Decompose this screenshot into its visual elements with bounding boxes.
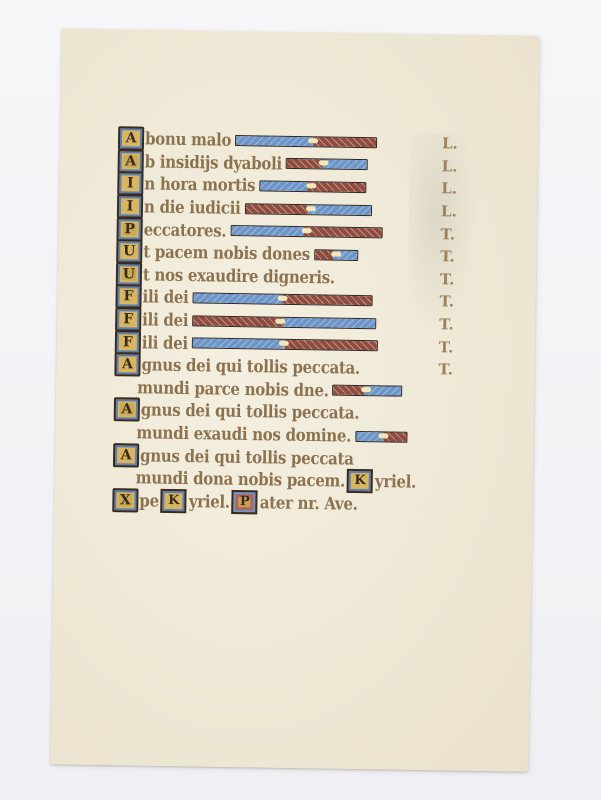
illuminated-initial: X	[112, 488, 138, 512]
illuminated-initial: I	[117, 194, 143, 218]
illuminated-initial: I	[117, 172, 143, 196]
illuminated-initial: U	[116, 239, 142, 263]
response-mark: L.	[441, 180, 457, 198]
illuminated-initial: K	[347, 469, 373, 493]
illuminated-initial: A	[113, 443, 139, 467]
illuminated-initial: P	[232, 490, 258, 514]
line-filler	[192, 315, 376, 329]
line-text: mundi dona nobis pacem.	[136, 467, 346, 491]
line-text: mundi parce nobis dne.	[137, 377, 329, 401]
line-text: t nos exaudire digneris.	[143, 264, 335, 288]
illuminated-initial: A	[114, 352, 140, 376]
line-text: n hora mortis	[144, 174, 255, 196]
response-mark: T.	[439, 315, 454, 333]
illuminated-initial: P	[116, 217, 142, 241]
line-text: yriel.	[189, 491, 230, 512]
line-text: eccatores.	[144, 219, 227, 241]
response-mark: L.	[441, 202, 457, 220]
response-mark: L.	[442, 135, 458, 153]
line-filler	[259, 180, 366, 193]
line-text: ili dei	[142, 309, 188, 330]
illuminated-initial: A	[118, 126, 144, 150]
line-filler	[355, 430, 407, 442]
response-mark: T.	[440, 248, 455, 266]
line-text: pe	[139, 490, 159, 511]
line-filler	[314, 249, 358, 261]
response-mark: T.	[439, 293, 454, 311]
line-text: bonu malo	[145, 129, 231, 151]
illuminated-initial: F	[115, 307, 141, 331]
line-filler	[230, 225, 382, 238]
line-filler	[192, 292, 372, 306]
response-mark: T.	[438, 360, 453, 378]
line-text: ili dei	[142, 287, 188, 308]
line-text: gnus dei qui tollis peccata	[140, 445, 354, 469]
illuminated-initial: A	[114, 398, 140, 422]
response-mark: T.	[439, 338, 454, 356]
illuminated-initial: F	[115, 285, 141, 309]
line-filler	[192, 338, 378, 352]
line-text: ater nr. Ave.	[260, 492, 358, 514]
line-text: ili dei	[142, 332, 188, 353]
line-text: mundi exaudi nos domine.	[136, 422, 351, 446]
line-text: yriel.	[375, 471, 416, 492]
illuminated-initial: A	[118, 149, 144, 173]
line-filler	[286, 158, 368, 170]
line-filler	[244, 203, 371, 216]
line-text: n die iudicii	[144, 196, 241, 218]
response-mark: T.	[440, 225, 455, 243]
manuscript-leaf: A bonu malo L. A b insidijs dyaboli L. I…	[50, 28, 540, 771]
illuminated-initial: K	[161, 489, 187, 513]
line-filler	[333, 385, 403, 397]
text-line: X pe K yriel. P ater nr. Ave.	[112, 489, 442, 517]
illuminated-initial: U	[116, 262, 142, 286]
illuminated-initial: F	[115, 330, 141, 354]
line-text: gnus dei qui tollis peccata.	[141, 400, 360, 424]
response-mark: T.	[440, 270, 455, 288]
line-text: b insidijs dyaboli	[145, 151, 282, 174]
line-filler	[235, 135, 377, 148]
line-text: t pacem nobis dones	[143, 242, 310, 265]
litany-text-block: A bonu malo L. A b insidijs dyaboli L. I…	[112, 127, 448, 516]
line-text: gnus dei qui tollis peccata.	[141, 354, 360, 378]
response-mark: L.	[442, 157, 458, 175]
